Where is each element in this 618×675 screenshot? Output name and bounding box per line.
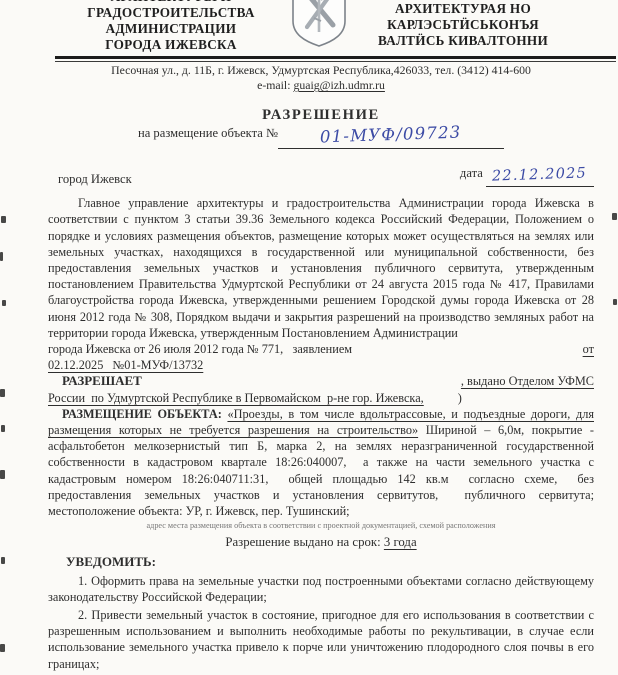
- issued-by-row: России по Удмуртской Республике в Первом…: [48, 390, 594, 406]
- scan-artifact: [613, 299, 617, 305]
- object-description: Шириной – 6,0м, покрытие - асфальтобетон…: [48, 423, 597, 518]
- scan-artifact: [612, 213, 617, 220]
- object-placement-paragraph: РАЗМЕЩЕНИЕ ОБЪЕКТА: «Проезды, в том числ…: [48, 406, 594, 519]
- header-double-rule: [55, 56, 616, 62]
- city-date-row: город Ижевск дата 22.12.2025: [48, 165, 594, 187]
- email-label: e-mail:: [257, 78, 290, 92]
- resolves-row: РАЗРЕШАЕТ , выдано Отделом УФМС: [48, 373, 594, 389]
- scan-artifact: [0, 389, 5, 397]
- term-prefix: Разрешение выдано на срок:: [225, 535, 380, 549]
- date-field: 22.12.2025: [486, 168, 594, 187]
- org-address: Песочная ул., д. 11Б, г. Ижевск, Удмуртс…: [48, 63, 594, 78]
- scan-artifact: [0, 470, 5, 479]
- notify-heading: УВЕДОМИТЬ:: [66, 554, 594, 570]
- org-line: ВАЛТӤСЬ КИВАЛТОННИ: [363, 33, 563, 49]
- subtitle-prefix: на размещение объекта №: [138, 126, 278, 140]
- application-line-right: от: [583, 341, 594, 357]
- izhevsk-coat-of-arms-icon: [290, 0, 348, 55]
- issued-by-close-paren: ): [458, 391, 462, 405]
- notify-item-1: 1. Оформить права на земельные участки п…: [48, 573, 594, 605]
- scan-artifact: [1, 557, 5, 564]
- document-header: АРХИТЕКТУРЫ И ГРАДОСТРОИТЕЛЬСТВА АДМИНИС…: [0, 0, 618, 56]
- date-label: дата: [460, 166, 483, 180]
- application-line: города Ижевска от 26 июля 2012 года № 77…: [48, 341, 594, 357]
- date-handwritten: 22.12.2025: [492, 166, 588, 186]
- object-label: РАЗМЕЩЕНИЕ ОБЪЕКТА:: [62, 407, 222, 421]
- document-body: Песочная ул., д. 11Б, г. Ижевск, Удмуртс…: [48, 63, 594, 672]
- issued-by-part2: России по Удмуртской Республике в Первом…: [48, 391, 424, 405]
- notify-item-2: 2. Привести земельный участок в состояни…: [48, 607, 594, 672]
- permit-number-handwritten: 01-МУФ/09723: [320, 125, 462, 146]
- term-value: 3 года: [384, 535, 417, 549]
- document-title: РАЗРЕШЕНИЕ: [48, 107, 594, 123]
- scan-artifact: [2, 300, 6, 306]
- scan-artifact: [0, 644, 5, 652]
- legal-basis-paragraph: Главное управление архитектуры и градост…: [48, 195, 594, 341]
- org-line: АРХИТЕКТУРАЯ НО: [363, 1, 563, 17]
- resolves-label: РАЗРЕШАЕТ: [62, 373, 142, 389]
- issued-by-part1: , выдано Отделом УФМС: [461, 373, 594, 389]
- scan-artifact: [1, 425, 5, 432]
- term-line: Разрешение выдано на срок: 3 года: [48, 534, 594, 550]
- email-address: guaig@izh.udmr.ru: [293, 78, 384, 92]
- document-subtitle: на размещение объекта №01-МУФ/09723: [48, 125, 594, 149]
- date-group: дата 22.12.2025: [460, 165, 594, 187]
- org-line: ГРАДОСТРОИТЕЛЬСТВА: [56, 5, 286, 21]
- org-line: АДМИНИСТРАЦИИ: [56, 21, 286, 37]
- scanned-permit-document: АРХИТЕКТУРЫ И ГРАДОСТРОИТЕЛЬСТВА АДМИНИС…: [0, 0, 618, 675]
- city-label: город Ижевск: [58, 171, 132, 187]
- org-name-udmurt: АРХИТЕКТУРАЯ НО КАРЛЭСЬТӤСЬКОНЪЯ ВАЛТӤСЬ…: [363, 1, 563, 49]
- address-caption: адрес места размещения объекта в соответ…: [48, 520, 594, 531]
- application-ref-line: 02.12.2025 №01-МУФ/13732: [48, 357, 594, 373]
- org-line: ГОРОДА ИЖЕВСКА: [56, 37, 286, 53]
- org-name-russian: АРХИТЕКТУРЫ И ГРАДОСТРОИТЕЛЬСТВА АДМИНИС…: [56, 0, 286, 53]
- scan-artifact: [1, 216, 6, 223]
- org-email-line: e-mail: guaig@izh.udmr.ru: [48, 78, 594, 93]
- application-line-left: города Ижевска от 26 июля 2012 года № 77…: [48, 341, 352, 357]
- permit-number-field: 01-МУФ/09723: [278, 128, 504, 149]
- scan-artifact: [0, 252, 3, 261]
- application-reference: 02.12.2025 №01-МУФ/13732: [48, 358, 203, 372]
- org-line: КАРЛЭСЬТӤСЬКОНЪЯ: [363, 17, 563, 33]
